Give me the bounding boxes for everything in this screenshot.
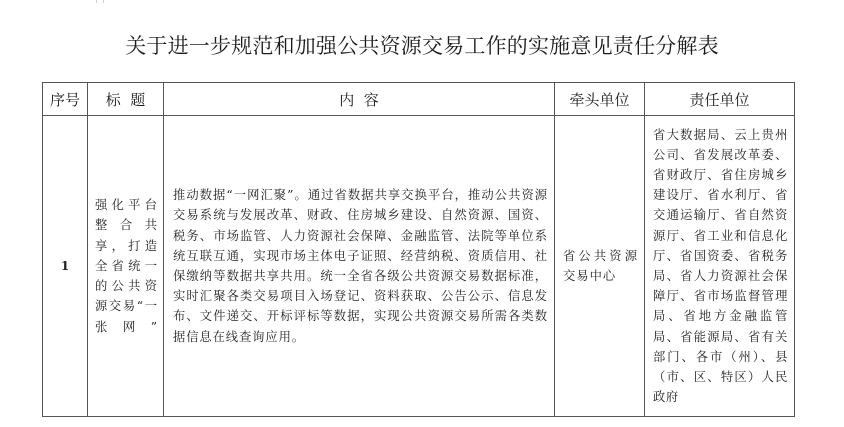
row-lead-unit-text: 省公共资源交易中心	[555, 246, 644, 286]
header-content: 内 容	[164, 83, 555, 116]
row-content-text: 推动数据“一网汇聚”。通过省数据共享交换平台，推动公共资源交易系统与发展改革、财…	[164, 185, 554, 347]
cell-content: 推动数据“一网汇聚”。通过省数据共享交换平台，推动公共资源交易系统与发展改革、财…	[164, 116, 555, 417]
cell-title: 强化平台整合共享，打造全省统一的公共资源交易“一张网”	[88, 116, 164, 417]
header-seq: 序号	[43, 83, 88, 116]
row-title-text: 强化平台整合共享，打造全省统一的公共资源交易“一张网”	[88, 195, 163, 336]
row-responsible-units-text: 省大数据局、云上贵州公司、省发展改革委、省财政厅、省住房城乡建设厅、省水利厅、省…	[645, 125, 794, 408]
cell-seq: 1	[43, 116, 88, 417]
document-title: 关于进一步规范和加强公共资源交易工作的实施意见责任分解表	[0, 30, 844, 60]
header-responsible-units: 责任单位	[645, 83, 795, 116]
cell-responsible-units: 省大数据局、云上贵州公司、省发展改革委、省财政厅、省住房城乡建设厅、省水利厅、省…	[645, 116, 795, 417]
scan-artifact-mark	[96, 0, 104, 3]
header-lead-unit: 牵头单位	[555, 83, 645, 116]
table-header-row: 序号 标 题 内 容 牵头单位 责任单位	[43, 83, 795, 116]
cell-lead-unit: 省公共资源交易中心	[555, 116, 645, 417]
table-row: 1 强化平台整合共享，打造全省统一的公共资源交易“一张网” 推动数据“一网汇聚”…	[43, 116, 795, 417]
responsibility-table: 序号 标 题 内 容 牵头单位 责任单位 1 强化平台整合共享，打造全省统一的公…	[42, 82, 795, 417]
header-title: 标 题	[88, 83, 164, 116]
